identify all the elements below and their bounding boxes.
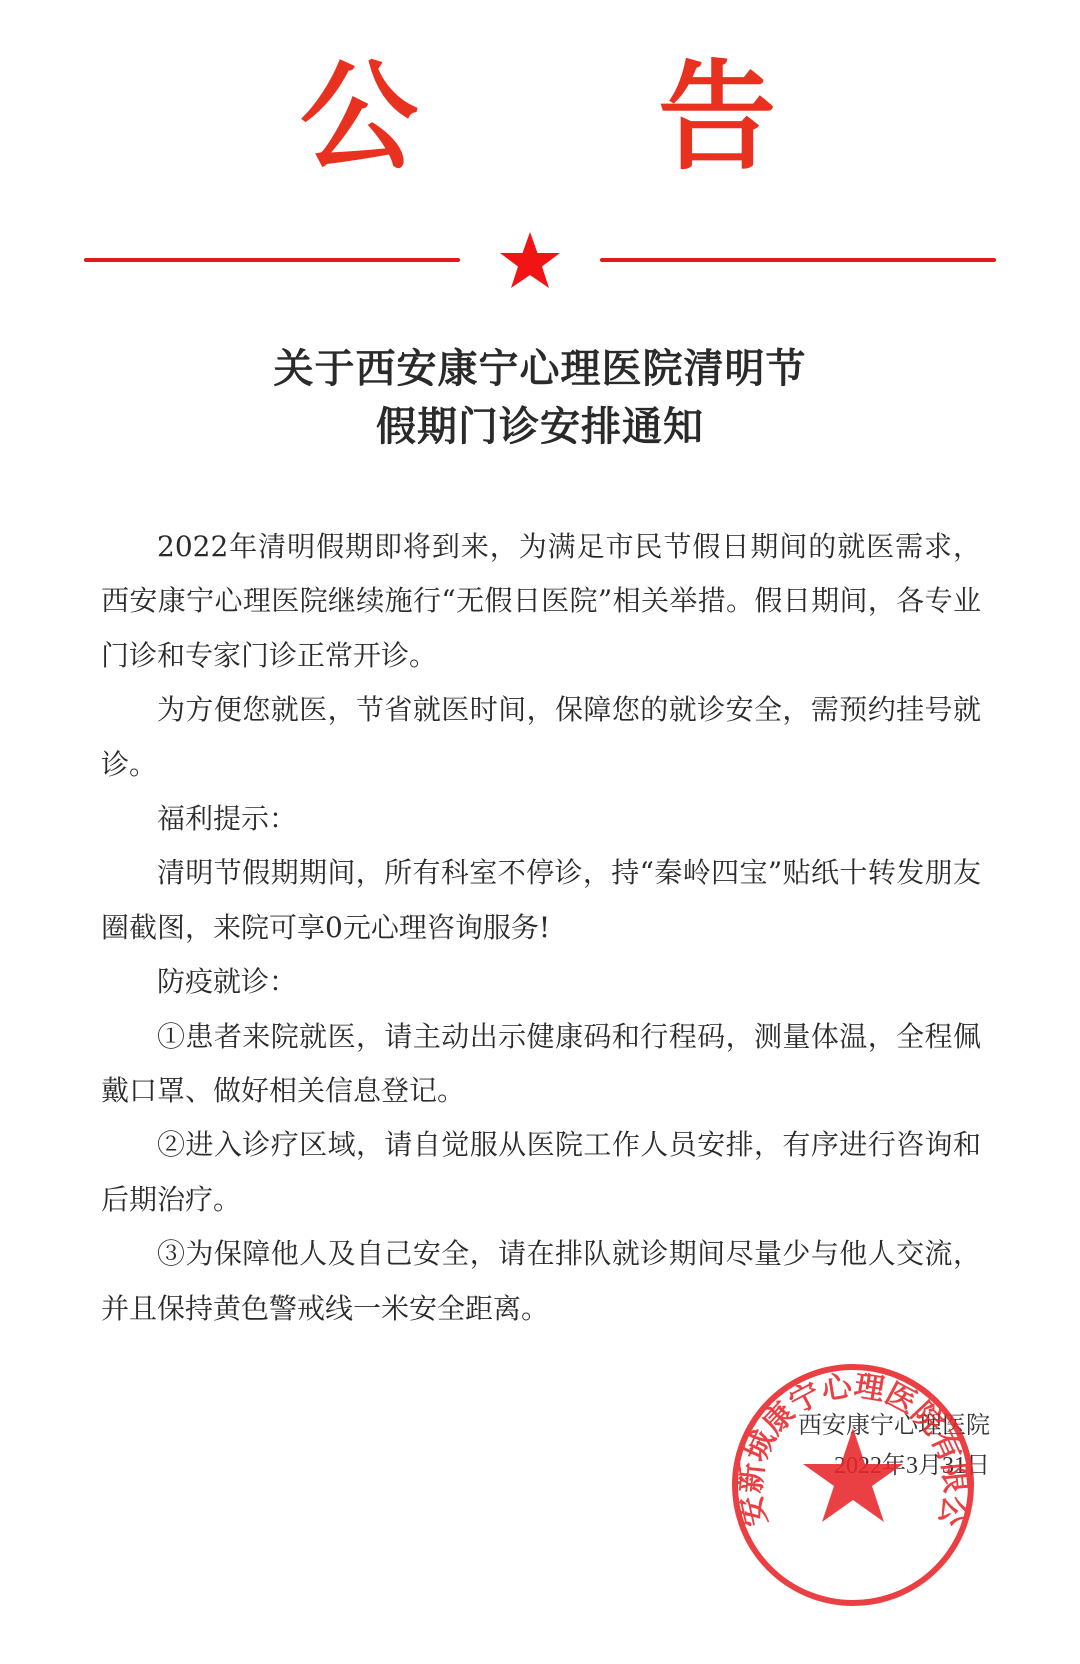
header-divider: [0, 230, 1080, 290]
star-icon: [492, 230, 568, 290]
seal-star-icon: [803, 1428, 903, 1522]
heading-benefit-tip: 福利提示：: [101, 792, 981, 846]
paragraph-intro: 2022年清明假期即将到来，为满足市民节假日期间的就医需求，西安康宁心理医院继续…: [101, 520, 981, 683]
notice-title-line-1: 关于西安康宁心理医院清明节: [0, 340, 1080, 398]
notice-title-line-2: 假期门诊安排通知: [0, 398, 1080, 456]
divider-line-right: [600, 258, 996, 262]
heading-epidemic-prevention: 防疫就诊：: [101, 955, 981, 1009]
announcement-headline: 公 告: [0, 52, 1080, 182]
paragraph-benefit: 清明节假期期间，所有科室不停诊，持“秦岭四宝”贴纸十转发朋友圈截图，来院可享0元…: [101, 846, 981, 955]
headline-char-gao: 告: [658, 52, 776, 182]
notice-title: 关于西安康宁心理医院清明节 假期门诊安排通知: [0, 340, 1080, 456]
paragraph-appointment: 为方便您就医，节省就医时间，保障您的就诊安全，需预约挂号就诊。: [101, 683, 981, 792]
prevention-item-2: ②进入诊疗区域，请自觉服从医院工作人员安排，有序进行咨询和后期治疗。: [101, 1118, 981, 1227]
divider-line-left: [84, 258, 460, 262]
prevention-item-3: ③为保障他人及自己安全，请在排队就诊期间尽量少与他人交流，并且保持黄色警戒线一米…: [101, 1227, 981, 1336]
prevention-item-1: ①患者来院就医，请主动出示健康码和行程码，测量体温，全程佩戴口罩、做好相关信息登…: [101, 1010, 981, 1119]
notice-body: 2022年清明假期即将到来，为满足市民节假日期间的就医需求，西安康宁心理医院继续…: [101, 520, 981, 1336]
official-seal: 西安新城康宁心理医院有限公司: [728, 1360, 978, 1610]
headline-char-gong: 公: [300, 52, 418, 182]
